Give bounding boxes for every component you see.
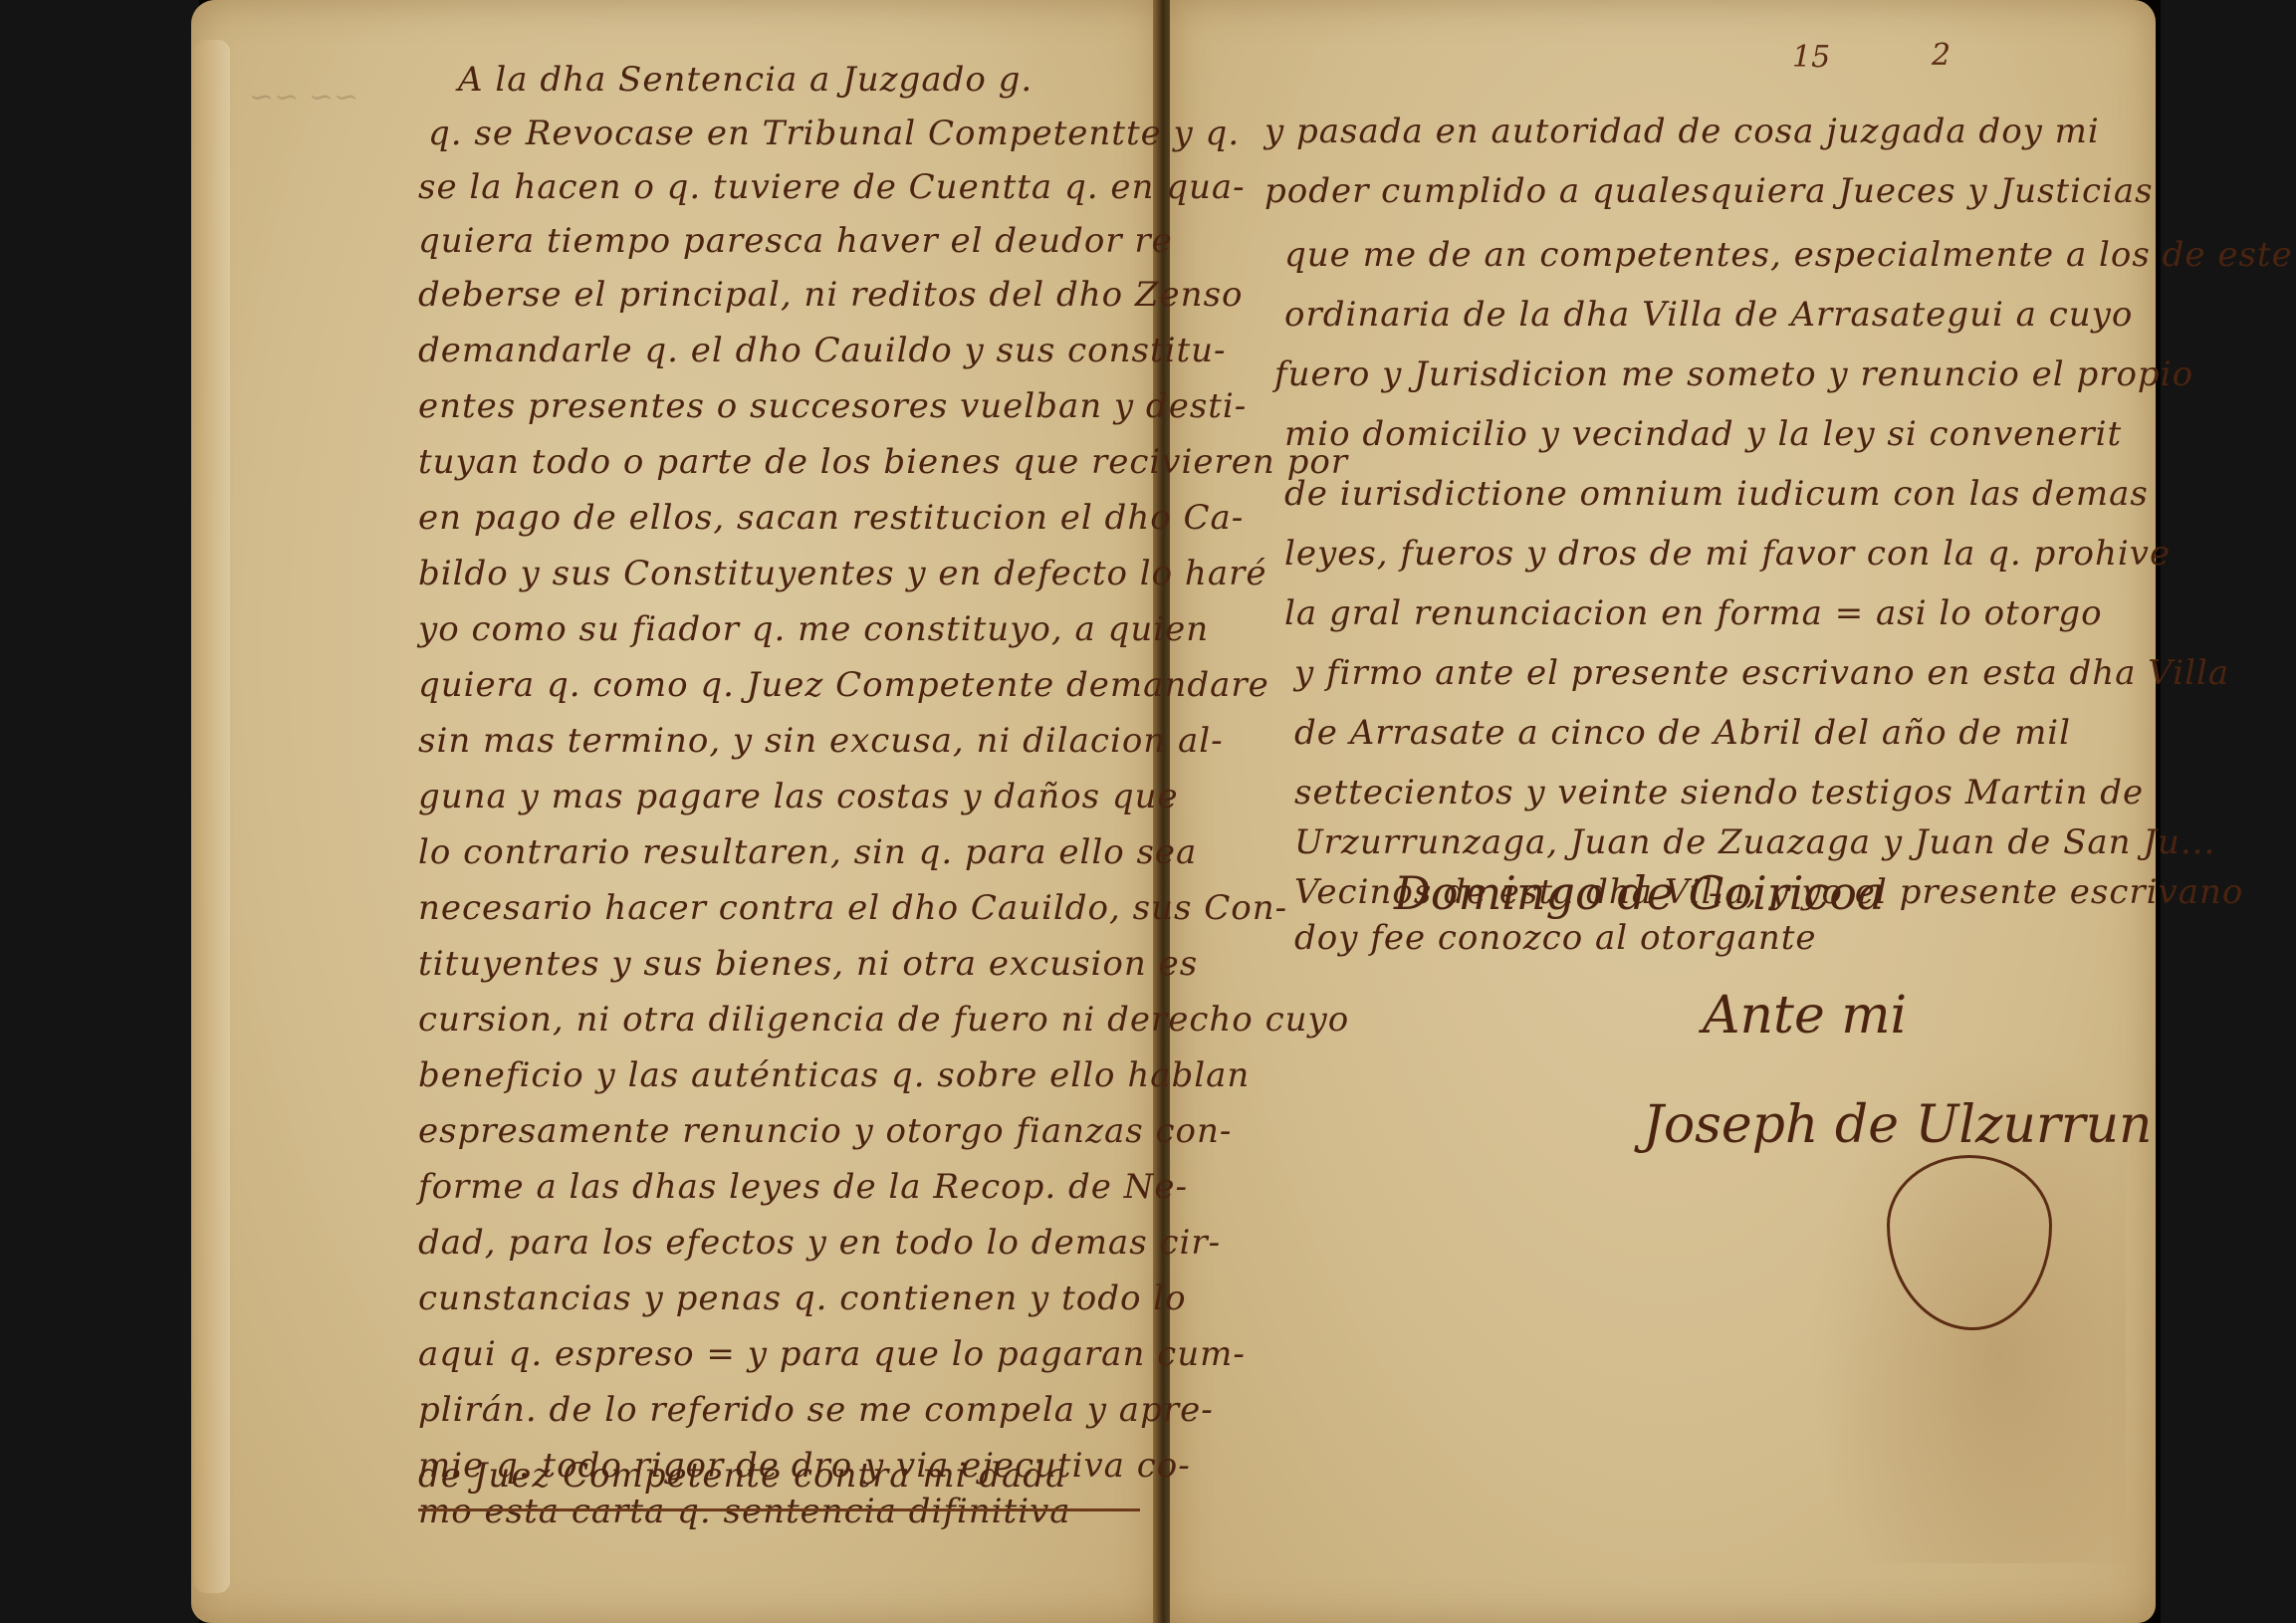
text-line: lo contrario resultaren, sin q. para ell…	[418, 832, 1197, 872]
text-line: cunstancias y penas q. contienen y todo …	[418, 1278, 1187, 1318]
text-line: que me de an competentes, especialmente …	[1284, 235, 2293, 275]
text-line: mo esta carta q. sentencia difinitiva	[418, 1492, 1071, 1531]
text-line: yo como su fiador q. me constituyo, a qu…	[418, 609, 1209, 649]
folio-number: 2	[1932, 38, 1951, 73]
text-line: forme a las dhas leyes de la Recop. de N…	[418, 1167, 1188, 1207]
text-line: demandarle q. el dho Cauildo y sus const…	[418, 331, 1227, 370]
text-line: leyes, fueros y dros de mi favor con la …	[1284, 534, 2171, 574]
left-page-edge	[194, 40, 230, 1593]
text-line: beneficio y las auténticas q. sobre ello…	[418, 1055, 1250, 1095]
text-line: ordinaria de la dha Villa de Arrasategui…	[1284, 295, 2133, 335]
text-line: aqui q. espreso = y para que lo pagaran …	[418, 1334, 1246, 1374]
text-line: plirán. de lo referido se me compela y a…	[418, 1390, 1214, 1430]
text-line: entes presentes o succesores vuelban y d…	[418, 386, 1247, 426]
text-line: settecientos y veinte siendo testigos Ma…	[1294, 773, 2144, 812]
text-line: y firmo ante el presente escrivano en es…	[1294, 653, 2229, 693]
text-line: de Juez Competente contra mi dada	[418, 1456, 1066, 1496]
text-line: espresamente renuncio y otorgo fianzas c…	[418, 1111, 1232, 1151]
text-line: dad, para los efectos y en todo lo demas…	[418, 1223, 1221, 1263]
end-of-text-rule	[418, 1508, 1140, 1511]
text-line: quiera tiempo paresca haver el deudor re	[418, 221, 1173, 261]
text-line: doy fee conozco al otorgante	[1294, 918, 1817, 958]
bleed-through-text: ~~ ~~	[249, 80, 358, 115]
text-line: poder cumplido a qualesquiera Jueces y J…	[1264, 171, 2154, 211]
text-line: cursion, ni otra diligencia de fuero ni …	[418, 1000, 1349, 1040]
signature-joseph-de-ulzurrun: Joseph de Ulzurrun	[1643, 1095, 2153, 1155]
text-line: necesario hacer contra el dho Cauildo, s…	[418, 888, 1287, 928]
signature-domingo-de-goiricoa: Domingo de Goiricoa	[1394, 866, 1884, 920]
text-line: de iurisdictione omnium iudicum con las …	[1284, 474, 2149, 514]
text-line: bildo y sus Constituyentes y en defecto …	[418, 554, 1266, 593]
text-line: q. se Revocase en Tribunal Competentte y…	[428, 114, 1240, 153]
text-line: tuyan todo o parte de los bienes que rec…	[418, 442, 1348, 482]
folio-mark: 15	[1792, 40, 1830, 75]
text-line: fuero y Jurisdicion me someto y renuncio…	[1274, 354, 2193, 394]
text-line: guna y mas pagare las costas y daños que	[418, 777, 1179, 816]
text-line: A la dha Sentencia a Juzgado g.	[458, 60, 1033, 100]
text-line: quiera q. como q. Juez Competente demand…	[418, 665, 1269, 705]
signature-ante-mi: Ante mi	[1703, 986, 1907, 1045]
text-line: de Arrasate a cinco de Abril del año de …	[1294, 713, 2071, 753]
text-line: la gral renunciacion en forma = asi lo o…	[1284, 593, 2103, 633]
text-line: y pasada en autoridad de cosa juzgada do…	[1264, 112, 2100, 151]
text-line: en pago de ellos, sacan restitucion el d…	[418, 498, 1244, 538]
text-line: se la hacen o q. tuviere de Cuentta q. e…	[418, 167, 1246, 207]
text-line: Urzurrunzaga, Juan de Zuazaga y Juan de …	[1294, 822, 2215, 862]
text-line: deberse el principal, ni reditos del dho…	[418, 275, 1243, 315]
text-line: sin mas termino, y sin excusa, ni dilaci…	[418, 721, 1224, 761]
text-line: tituyentes y sus bienes, ni otra excusio…	[418, 944, 1198, 984]
text-line: mio domicilio y vecindad y la ley si con…	[1284, 414, 2122, 454]
